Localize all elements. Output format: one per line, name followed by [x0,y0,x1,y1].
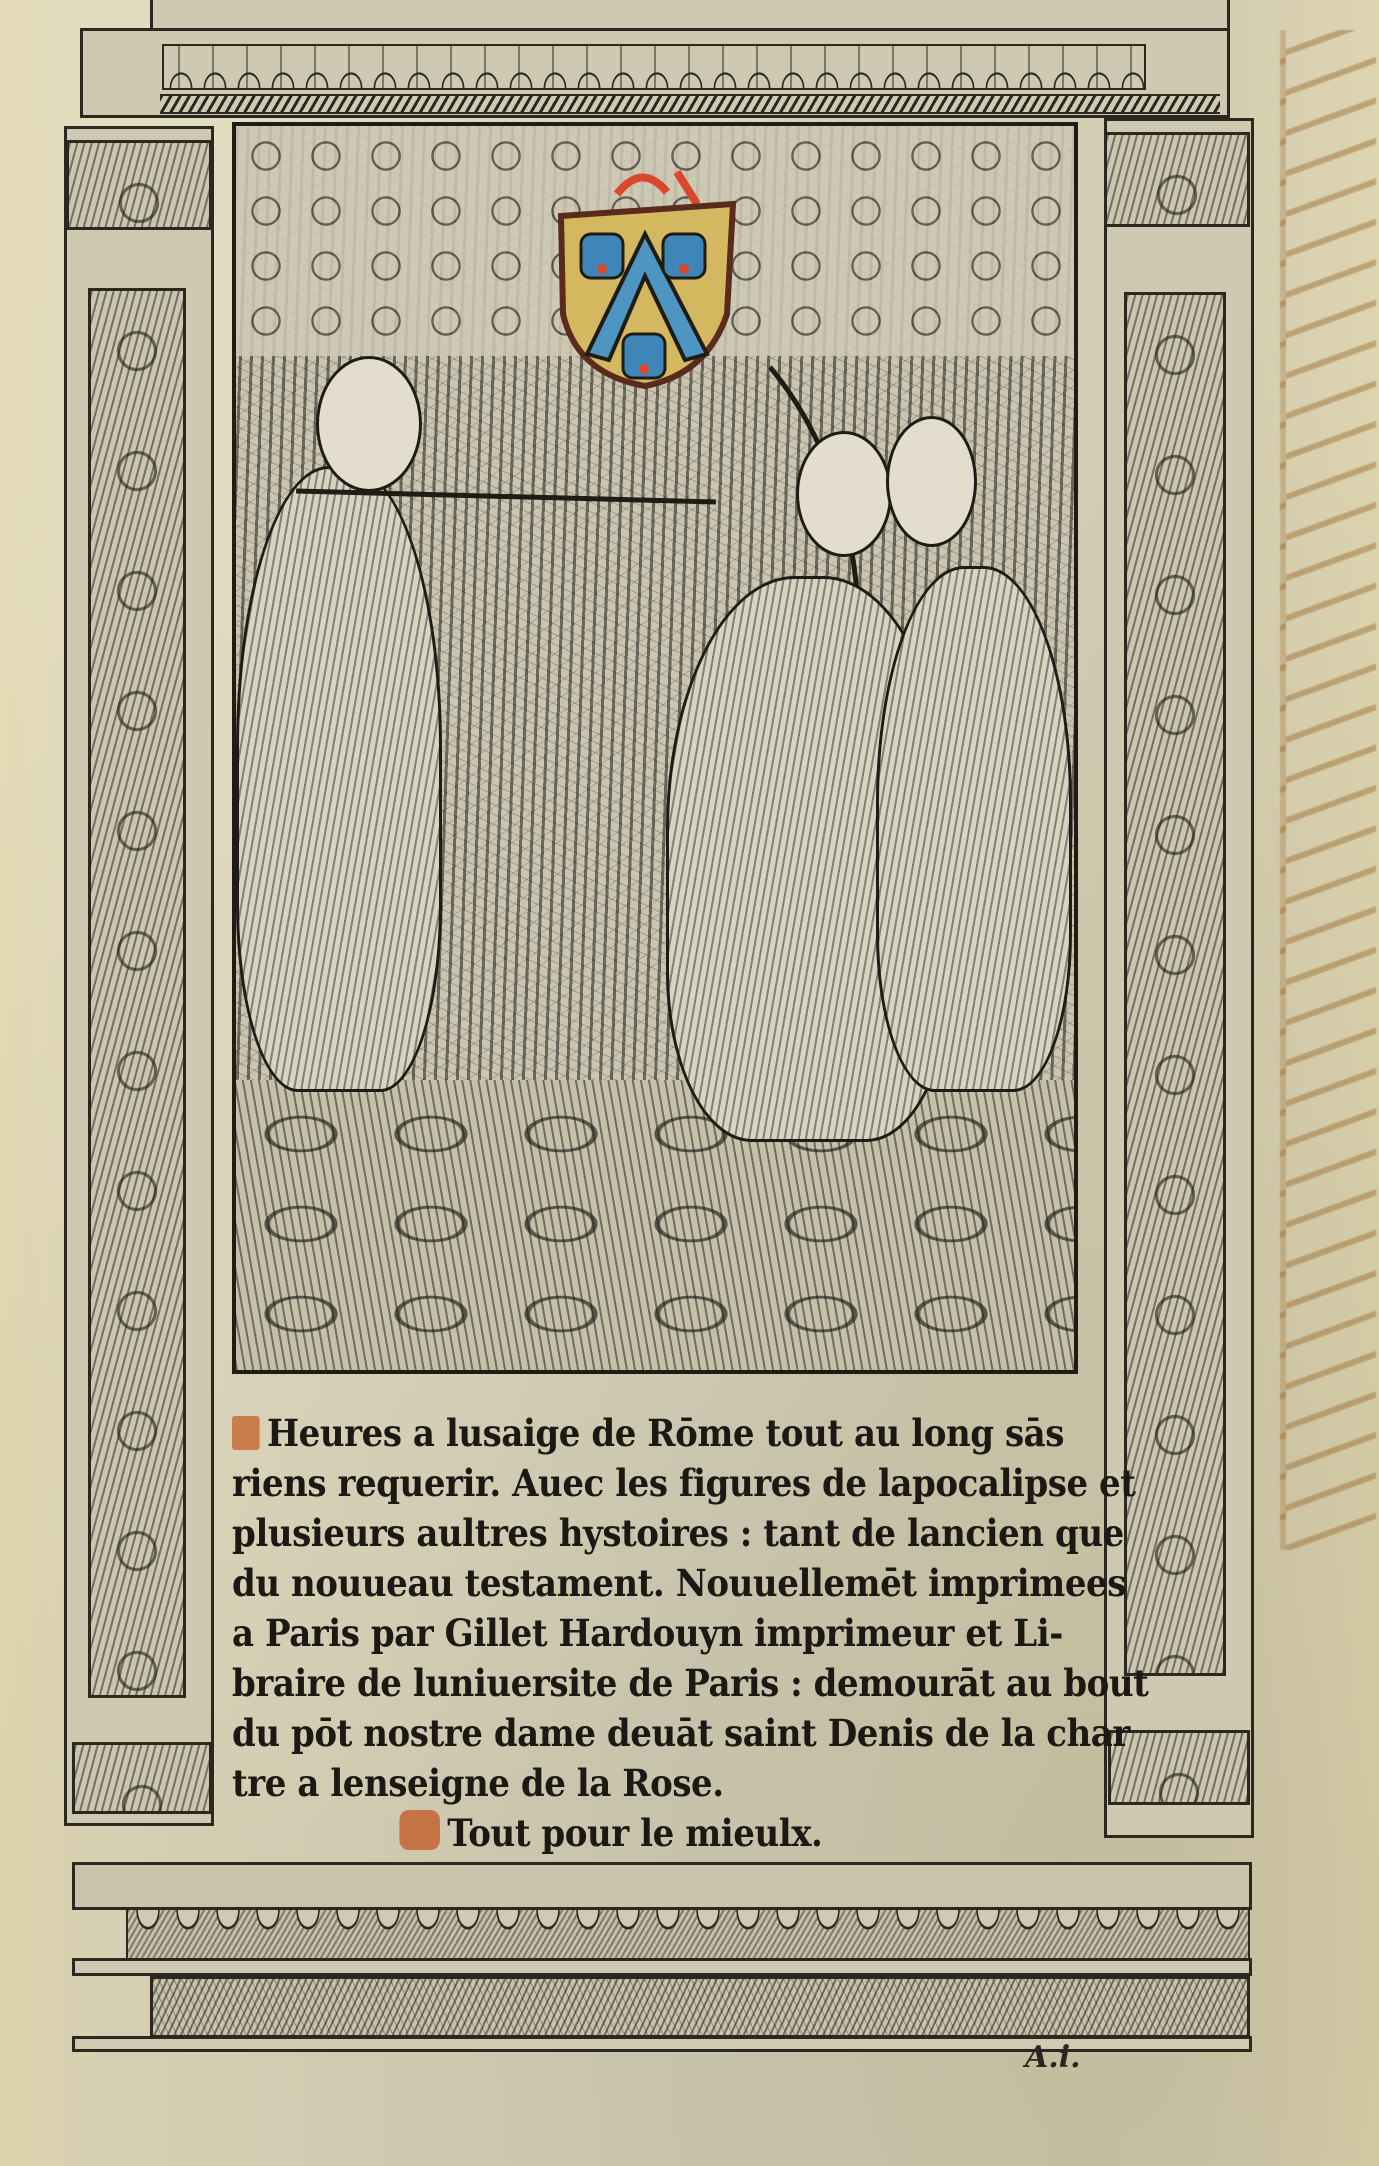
motto-line: Tout pour le mieulx. [232,1808,1042,1858]
text-line-2: riens requerir. Auec les figures de lapo… [232,1458,1042,1508]
base-scroll-frieze [150,1976,1250,2038]
text-line-5: a Paris par Gillet Hardouyn imprimeur et… [232,1608,1042,1658]
line-text: Heures a lusaige de Rōme tout au long sā… [267,1411,1064,1455]
text-line-7: du pōt nostre dame deuāt saint Denis de … [232,1708,1042,1758]
folio-signature: A.i. [1025,2040,1081,2075]
text-line-6: braire de luniuersite de Paris : demourā… [232,1658,1042,1708]
red-initial [232,1416,260,1450]
margin-ink-strokes [1280,30,1376,1550]
base-cornice [72,1862,1252,1910]
right-capital [1104,132,1250,227]
left-base-panel [72,1742,212,1814]
motto-text: Tout pour le mieulx. [447,1811,822,1855]
book-page: Heures a lusaige de Rōme tout au long sā… [0,0,1379,2166]
left-capital [66,140,212,230]
egg-and-dart-frieze [126,1908,1250,1962]
coat-of-arms [547,164,743,392]
text-line-1: Heures a lusaige de Rōme tout au long sā… [232,1408,1042,1458]
forest-ground [236,1080,1074,1370]
top-rope-molding [160,94,1220,114]
wild-man-figure [876,566,1072,1092]
text-line-8: tre a lenseigne de la Rose. [232,1758,1042,1808]
right-grotesque-panel [1124,292,1226,1676]
base-fillet [72,1958,1252,1976]
woman-head [796,431,892,557]
text-line-4: du nouueau testament. Nouuellemēt imprim… [232,1558,1042,1608]
archer-head [316,356,422,492]
left-grotesque-panel [88,288,186,1698]
text-line-3: plusieurs aultres hystoires : tant de la… [232,1508,1042,1558]
title-text-block: Heures a lusaige de Rōme tout au long sā… [232,1408,1042,1858]
top-arcade-frieze [162,44,1146,90]
archer-figure [236,466,442,1092]
wild-man-head [886,416,977,547]
woodcut-illustration [232,122,1078,1374]
red-initial [399,1810,439,1850]
